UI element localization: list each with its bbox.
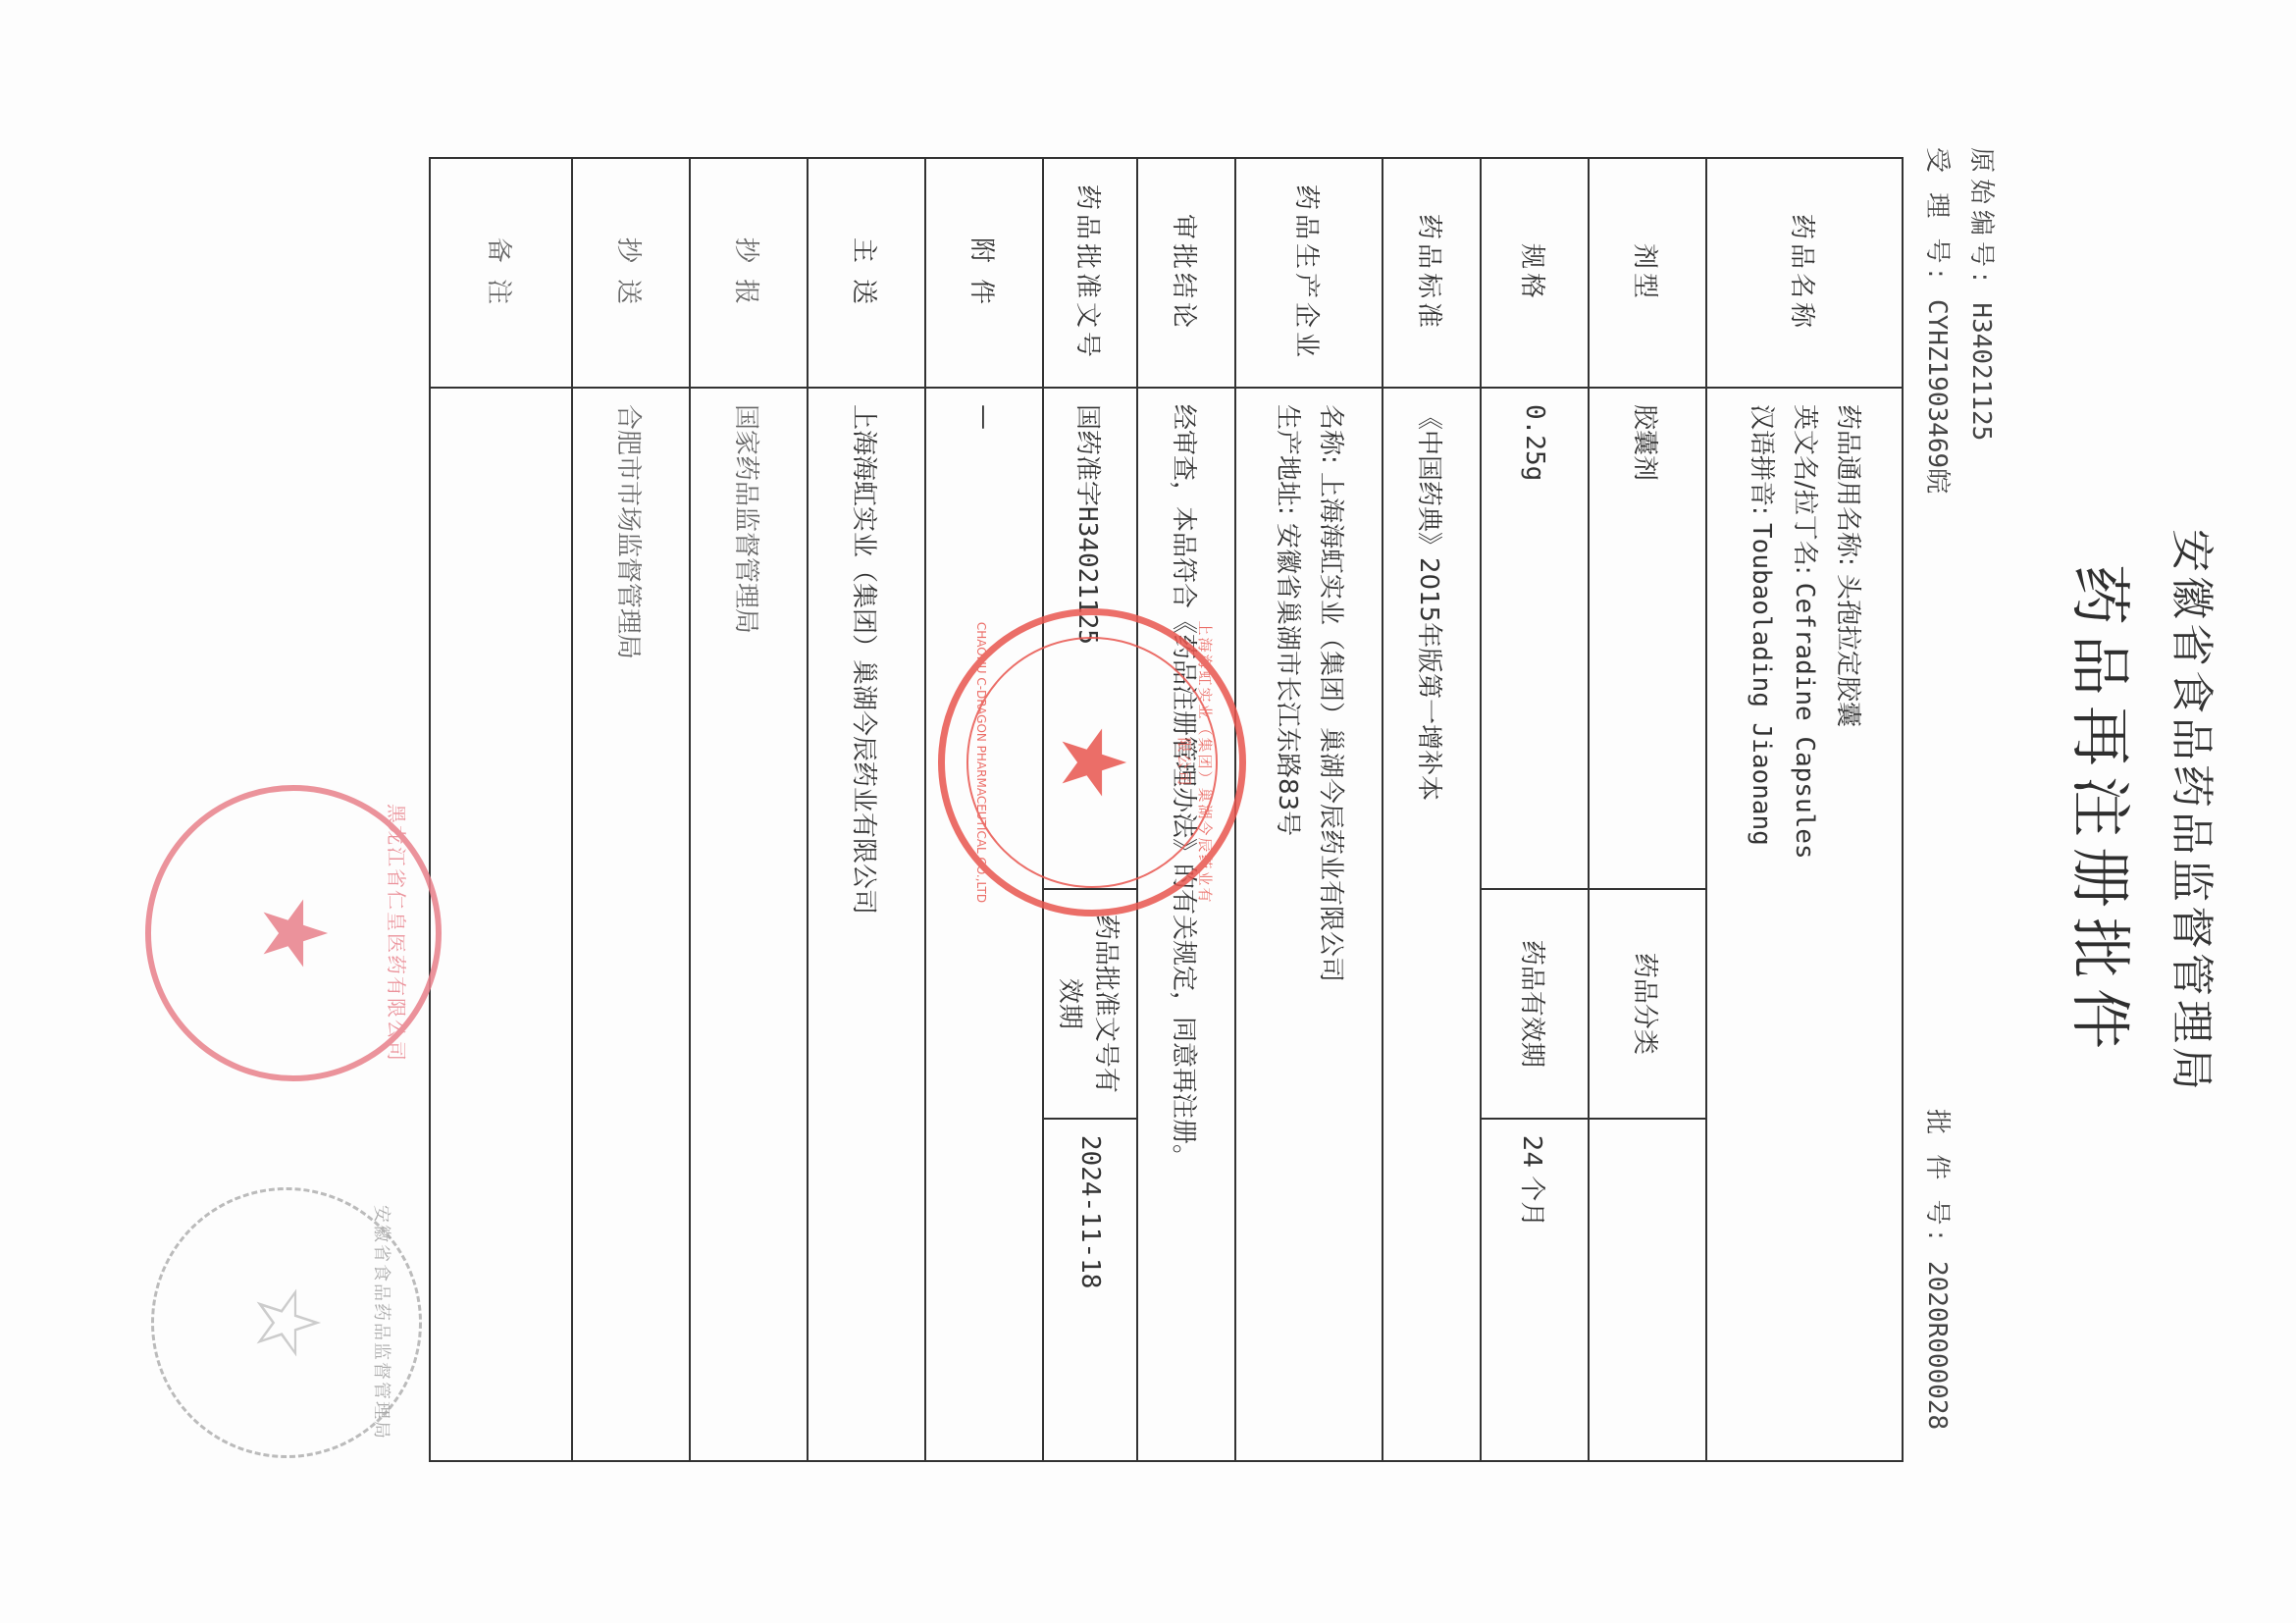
row-standard: 药品标准 《中国药典》2015年版第一增补本 — [1383, 158, 1481, 1461]
dosage-form-value: 胶囊剂 — [1589, 388, 1706, 889]
attachment-value: — — [925, 388, 1043, 1461]
acceptance-number-value: CYHZ1903469皖 — [1922, 299, 1952, 494]
standard-label: 药品标准 — [1383, 158, 1481, 388]
generic-name-label: 药品通用名称: — [1833, 404, 1862, 566]
drug-name-cell: 药品通用名称: 头孢拉定胶囊 英文名/拉丁名: Cefradine Capsul… — [1706, 388, 1903, 1461]
shelf-life-label: 药品有效期 — [1481, 889, 1589, 1119]
document-title: 药品再注册批件 — [2061, 0, 2149, 1623]
row-dosage-form: 剂型 胶囊剂 药品分类 — [1589, 158, 1706, 1461]
english-name: Cefradine Capsules — [1790, 583, 1819, 860]
batch-number-value: 2020R000028 — [1922, 1261, 1952, 1430]
company-seal-english: CHAOHU C-DRAGON PHARMACEUTICAL CO.,LTD — [974, 615, 988, 910]
manufacturer-cell: 名称: 上海海虹实业（集团）巢湖今辰药业有限公司 生产地址: 安徽省巢湖市长江东… — [1235, 388, 1383, 1461]
row-main-recipient: 主 送 上海海虹实业（集团）巢湖今辰药业有限公司 — [808, 158, 925, 1461]
batch-number: 批 件 号: 2020R000028 — [1921, 1109, 1957, 1430]
approval-number-label: 药品批准文号 — [1043, 158, 1137, 388]
original-number: 原始编号: H34021125 — [1965, 147, 2002, 441]
star-icon: ★ — [249, 894, 338, 973]
manufacturer-address-label: 生产地址: — [1273, 404, 1302, 515]
authority-seal-text: 安徽省食品药品监督管理局 — [370, 1190, 395, 1455]
dosage-form-label: 剂型 — [1589, 158, 1706, 388]
issuing-organization: 安徽省食品药品监督管理局 — [2165, 0, 2227, 1623]
standard-value: 《中国药典》2015年版第一增补本 — [1383, 388, 1481, 1461]
batch-number-label: 批 件 号: — [1922, 1109, 1952, 1245]
row-cc-report: 抄 报 国家药品监督管理局 — [690, 158, 808, 1461]
conclusion-label: 审批结论 — [1137, 158, 1235, 388]
generic-name: 头孢拉定胶囊 — [1833, 574, 1862, 727]
specification-label: 规格 — [1481, 158, 1589, 388]
category-value — [1589, 1119, 1706, 1461]
pinyin-label: 汉语拼音: — [1747, 404, 1776, 515]
main-recipient-value: 上海海虹实业（集团）巢湖今辰药业有限公司 — [808, 388, 925, 1461]
drug-name-label: 药品名称 — [1706, 158, 1903, 388]
manufacturer-address: 安徽省巢湖市长江东路83号 — [1273, 523, 1302, 836]
acceptance-number-label: 受 理 号: — [1922, 147, 1952, 284]
approval-validity-label: 药品批准文号有效期 — [1043, 889, 1137, 1119]
manufacturer-name: 上海海虹实业（集团）巢湖今辰药业有限公司 — [1316, 472, 1345, 982]
remarks-value — [430, 388, 572, 1461]
row-cc-send: 抄 送 合肥市市场监督管理局 — [572, 158, 690, 1461]
row-drug-name: 药品名称 药品通用名称: 头孢拉定胶囊 英文名/拉丁名: Cefradine C… — [1706, 158, 1903, 1461]
company-seal: 上海海虹实业（集团）巢湖今辰药业有限公司 ★ CHAOHU C-DRAGON P… — [938, 608, 1246, 916]
main-recipient-label: 主 送 — [808, 158, 925, 388]
row-manufacturer: 药品生产企业 名称: 上海海虹实业（集团）巢湖今辰药业有限公司 生产地址: 安徽… — [1235, 158, 1383, 1461]
shelf-life-value: 24 个月 — [1481, 1119, 1589, 1461]
cc-report-label: 抄 报 — [690, 158, 808, 388]
remarks-label: 备 注 — [430, 158, 572, 388]
cc-send-value: 合肥市市场监督管理局 — [572, 388, 690, 1461]
attachment-label: 附 件 — [925, 158, 1043, 388]
manufacturer-name-label: 名称: — [1316, 404, 1345, 464]
cc-report-value: 国家药品监督管理局 — [690, 388, 808, 1461]
pinyin: Toubaolading Jiaonang — [1747, 523, 1776, 846]
acceptance-number: 受 理 号: CYHZ1903469皖 — [1921, 147, 1957, 494]
conclusion-value: 经审查，本品符合《药品注册管理办法》的有关规定，同意再注册。 — [1137, 388, 1235, 1461]
authority-seal: 安徽省食品药品监督管理局 ☆ — [151, 1187, 422, 1458]
distributor-seal: 黑龙江省仁皇医药有限公司 ★ — [145, 785, 442, 1081]
row-remarks: 备 注 — [430, 158, 572, 1461]
manufacturer-label: 药品生产企业 — [1235, 158, 1383, 388]
document-page: 安徽省食品药品监督管理局 药品再注册批件 原始编号: H34021125 受 理… — [0, 0, 2296, 1623]
original-number-label: 原始编号: — [1966, 147, 1996, 288]
approval-validity-value: 2024-11-18 — [1043, 1119, 1137, 1461]
cc-send-label: 抄 送 — [572, 158, 690, 388]
category-label: 药品分类 — [1589, 889, 1706, 1119]
english-name-label: 英文名/拉丁名: — [1790, 404, 1819, 575]
distributor-seal-text: 黑龙江省仁皇医药有限公司 — [384, 791, 412, 1075]
company-seal-text: 上海海虹实业（集团）巢湖今辰药业有限公司 — [1174, 615, 1216, 910]
row-specification: 规格 0.25g 药品有效期 24 个月 — [1481, 158, 1589, 1461]
star-icon: ☆ — [242, 1283, 331, 1363]
original-number-value: H34021125 — [1966, 302, 1996, 441]
specification-value: 0.25g — [1481, 388, 1589, 889]
